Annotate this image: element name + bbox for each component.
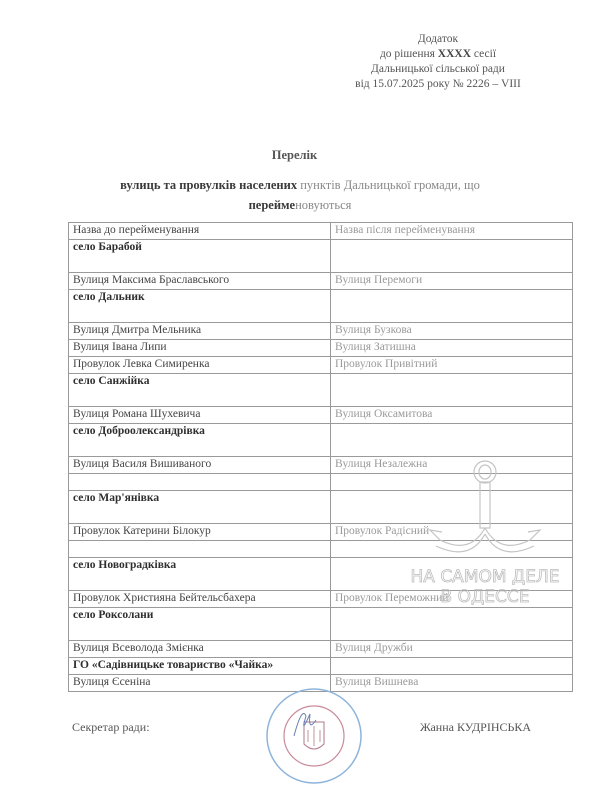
secretary-name: Жанна КУДРІНСЬКА	[420, 720, 531, 735]
old-name-cell: Провулок Левка Симиренка	[69, 357, 331, 374]
village-name: ГО «Садівницьке товариство «Чайка»	[69, 658, 331, 675]
table-row: Вулиця Івана ЛипиВулиця Затишна	[69, 340, 573, 357]
council-name: Дальницької сільської ради	[323, 62, 553, 77]
subtitle-line2-bold: перейме	[249, 198, 296, 212]
subtitle-line2-light: новуються	[295, 198, 351, 212]
official-stamp-icon	[264, 686, 364, 786]
table-row: Вулиця Романа ШухевичаВулиця Оксамитова	[69, 407, 573, 424]
old-name-cell: Вулиця Максима Браславського	[69, 273, 331, 290]
village-name: село Роксолани	[69, 608, 331, 641]
table-row: Вулиця Максима БраславськогоВулиця Перем…	[69, 273, 573, 290]
old-name-cell: Вулиця Романа Шухевича	[69, 407, 331, 424]
anchor-watermark-icon: НА САМОМ ДЕЛЕ В ОДЕССЕ	[400, 460, 570, 610]
decision-ref: до рішення XXXX сесії	[323, 47, 553, 62]
empty-cell	[331, 374, 573, 407]
table-row: Вулиця Всеволода ЗмієнкаВулиця Дружби	[69, 641, 573, 658]
village-name: село Мар'янівка	[69, 491, 331, 524]
empty-cell	[331, 240, 573, 273]
village-row: село Доброолександрівка	[69, 424, 573, 457]
session-number: XXXX	[438, 48, 471, 60]
decision-ref-prefix: до рішення	[380, 48, 438, 60]
watermark-line1: НА САМОМ ДЕЛЕ	[411, 567, 560, 587]
table-row: Провулок Левка СимиренкаПровулок Привітн…	[69, 357, 573, 374]
village-name: село Новоградківка	[69, 558, 331, 591]
column-header-before: Назва до перейменування	[69, 223, 331, 240]
old-name-cell: Провулок Катерини Білокур	[69, 524, 331, 541]
village-name: село Санжійка	[69, 374, 331, 407]
old-name-cell: Провулок Християна Бейтельсбахера	[69, 591, 331, 608]
new-name-cell: Вулиця Перемоги	[331, 273, 573, 290]
subtitle-bold: вулиць та провулків населених	[120, 178, 300, 192]
empty-cell	[69, 541, 331, 558]
new-name-cell: Вулиця Дружби	[331, 641, 573, 658]
village-row: село Барабой	[69, 240, 573, 273]
column-header-after: Назва після перейменування	[331, 223, 573, 240]
empty-cell	[331, 290, 573, 323]
subtitle-light: пунктів Дальницької громади, що	[300, 178, 480, 192]
village-row: село Роксолани	[69, 608, 573, 641]
document-subtitle: вулиць та провулків населених пунктів Да…	[70, 175, 530, 215]
decision-ref-suffix: сесії	[471, 48, 496, 60]
empty-cell	[331, 658, 573, 675]
appendix-label: Додаток	[323, 32, 553, 47]
old-name-cell: Вулиця Івана Липи	[69, 340, 331, 357]
table-row: Вулиця Дмитра МельникаВулиця Бузкова	[69, 323, 573, 340]
new-name-cell: Провулок Привітний	[331, 357, 573, 374]
empty-cell	[331, 424, 573, 457]
new-name-cell: Вулиця Вишнева	[331, 675, 573, 692]
old-name-cell: Вулиця Дмитра Мельника	[69, 323, 331, 340]
old-name-cell: Вулиця Василя Вишиваного	[69, 457, 331, 474]
village-row: ГО «Садівницьке товариство «Чайка»	[69, 658, 573, 675]
old-name-cell: Вулиця Всеволода Змієнка	[69, 641, 331, 658]
renaming-table: Назва до перейменування Назва після пере…	[68, 222, 573, 692]
secretary-label: Секретар ради:	[72, 720, 150, 735]
empty-cell	[331, 608, 573, 641]
village-name: село Доброолександрівка	[69, 424, 331, 457]
table-header-row: Назва до перейменування Назва після пере…	[69, 223, 573, 240]
village-name: село Барабой	[69, 240, 331, 273]
watermark-line2: В ОДЕССЕ	[441, 587, 530, 607]
village-name: село Дальник	[69, 290, 331, 323]
new-name-cell: Вулиця Бузкова	[331, 323, 573, 340]
new-name-cell: Вулиця Оксамитова	[331, 407, 573, 424]
empty-cell	[69, 474, 331, 491]
village-row: село Санжійка	[69, 374, 573, 407]
document-title: Перелік	[0, 148, 589, 163]
appendix-header: Додаток до рішення XXXX сесії Дальницько…	[323, 32, 553, 92]
village-row: село Дальник	[69, 290, 573, 323]
decision-date-number: від 15.07.2025 року № 2226 – VIII	[323, 77, 553, 92]
new-name-cell: Вулиця Затишна	[331, 340, 573, 357]
